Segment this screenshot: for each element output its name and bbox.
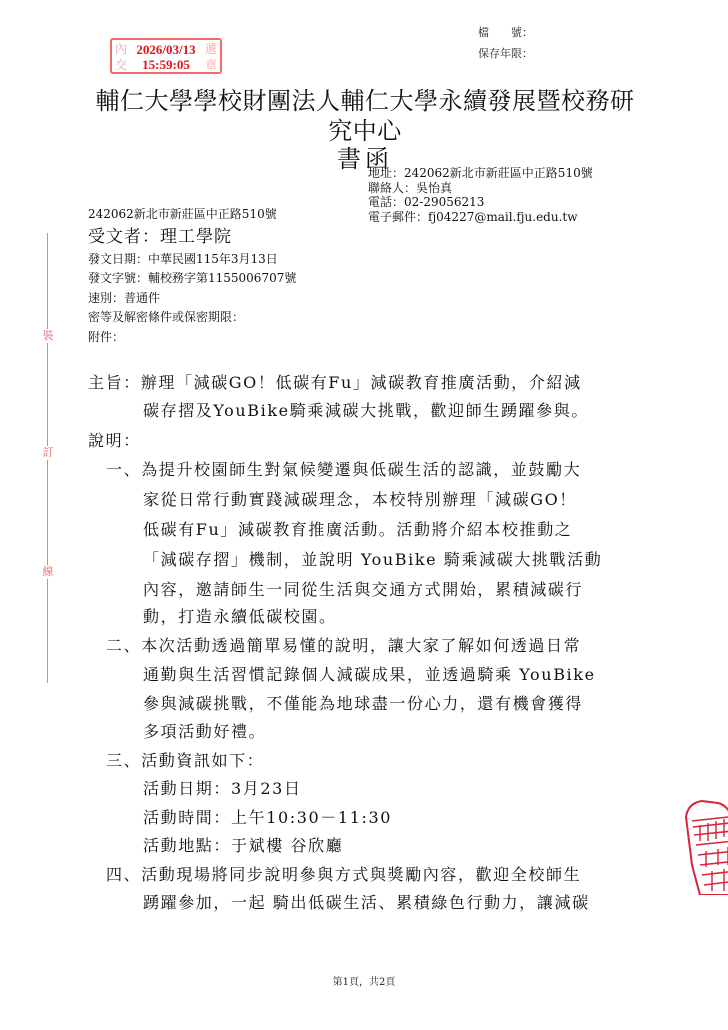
file-number-label: 檔 號：	[478, 22, 533, 43]
contact-email: 電子郵件：fj04227@mail.fju.edu.tw	[368, 210, 593, 225]
item-1-line-6: 動，打造永續低碳校園。	[143, 604, 337, 627]
binding-mark-ding: 訂	[40, 446, 56, 460]
item-2-line-4: 多項活動好禮。	[143, 719, 266, 742]
subject-line-1: 主旨：辦理「減碳GO！低碳有Fu」減碳教育推廣活動，介紹減	[88, 370, 582, 393]
page-number: 第1頁，共2頁	[0, 973, 728, 988]
item-4-line-1: 四、活動現場將同步說明參與方式與獎勵內容，歡迎全校師生	[106, 862, 581, 885]
retention-period-label: 保存年限：	[478, 43, 533, 64]
item-1-line-5: 內容，邀請師生一同從生活與交通方式開始，累積減碳行	[143, 577, 583, 600]
stamp-time: 15:59:05	[112, 57, 220, 72]
binding-mark-xian: 線	[40, 565, 56, 579]
urgency: 速別：普通件	[88, 289, 296, 308]
item-1-line-2: 家從日常行動實踐減碳理念，本校特別辦理「減碳GO！	[143, 487, 577, 510]
organization-title: 輔仁大學學校財團法人輔仁大學永續發展暨校務研 究中心	[60, 86, 670, 146]
item-1-line-3: 低碳有Fu」減碳教育推廣活動。活動將介紹本校推動之	[143, 517, 572, 540]
contact-person: 聯絡人：吳怡真	[368, 181, 593, 196]
binding-mark-zhuang: 裝	[40, 329, 56, 343]
event-date: 活動日期：3月23日	[143, 776, 302, 799]
subject-line-2: 碳存摺及YouBike騎乘減碳大挑戰，歡迎師生踴躍參與。	[143, 398, 589, 421]
contact-address: 地址：242062新北市新莊區中正路510號	[368, 166, 593, 181]
stamp-datetime: 2026/03/13 15:59:05	[112, 42, 220, 72]
item-1-line-4: 「減碳存摺」機制，並說明 YouBike 騎乘減碳大挑戰活動	[143, 547, 602, 570]
sender-address: 242062新北市新莊區中正路510號	[88, 207, 277, 221]
contact-phone: 電話：02-29056213	[368, 195, 593, 210]
item-4-line-2: 踴躍參加，一起 騎出低碳生活、累積綠色行動力，讓減碳	[143, 890, 590, 913]
receipt-stamp: 內交 遞章 2026/03/13 15:59:05	[110, 38, 222, 74]
file-meta: 檔 號： 保存年限：	[478, 22, 533, 64]
org-title-line-2: 究中心	[60, 116, 670, 146]
confidentiality: 密等及解密條件或保密期限：	[88, 308, 296, 327]
explanation-label: 說明：	[88, 428, 141, 451]
item-1-line-1: 一、為提升校園師生對氣候變遷與低碳生活的認識，並鼓勵大	[106, 457, 581, 480]
event-location: 活動地點：于斌樓 谷欣廳	[143, 833, 343, 856]
official-seal-icon	[678, 795, 728, 895]
attachments: 附件：	[88, 328, 296, 347]
issue-date: 發文日期：中華民國115年3月13日	[88, 250, 296, 269]
org-title-line-1: 輔仁大學學校財團法人輔仁大學永續發展暨校務研	[60, 86, 670, 116]
stamp-date: 2026/03/13	[112, 42, 220, 57]
event-time: 活動時間：上午10:30－11:30	[143, 805, 392, 828]
item-3-line-1: 三、活動資訊如下：	[106, 748, 264, 771]
recipient: 受文者：理工學院	[88, 225, 232, 249]
contact-block: 地址：242062新北市新莊區中正路510號 聯絡人：吳怡真 電話：02-290…	[368, 166, 593, 224]
item-2-line-2: 通勤與生活習慣記錄個人減碳成果，並透過騎乘 YouBike	[143, 662, 596, 685]
item-2-line-3: 參與減碳挑戰，不僅能為地球盡一份心力，還有機會獲得	[143, 691, 583, 714]
item-2-line-1: 二、本次活動透過簡單易懂的說明，讓大家了解如何透過日常	[106, 633, 581, 656]
document-meta: 發文日期：中華民國115年3月13日 發文字號：輔校務字第1155006707號…	[88, 250, 296, 347]
document-number: 發文字號：輔校務字第1155006707號	[88, 269, 296, 288]
